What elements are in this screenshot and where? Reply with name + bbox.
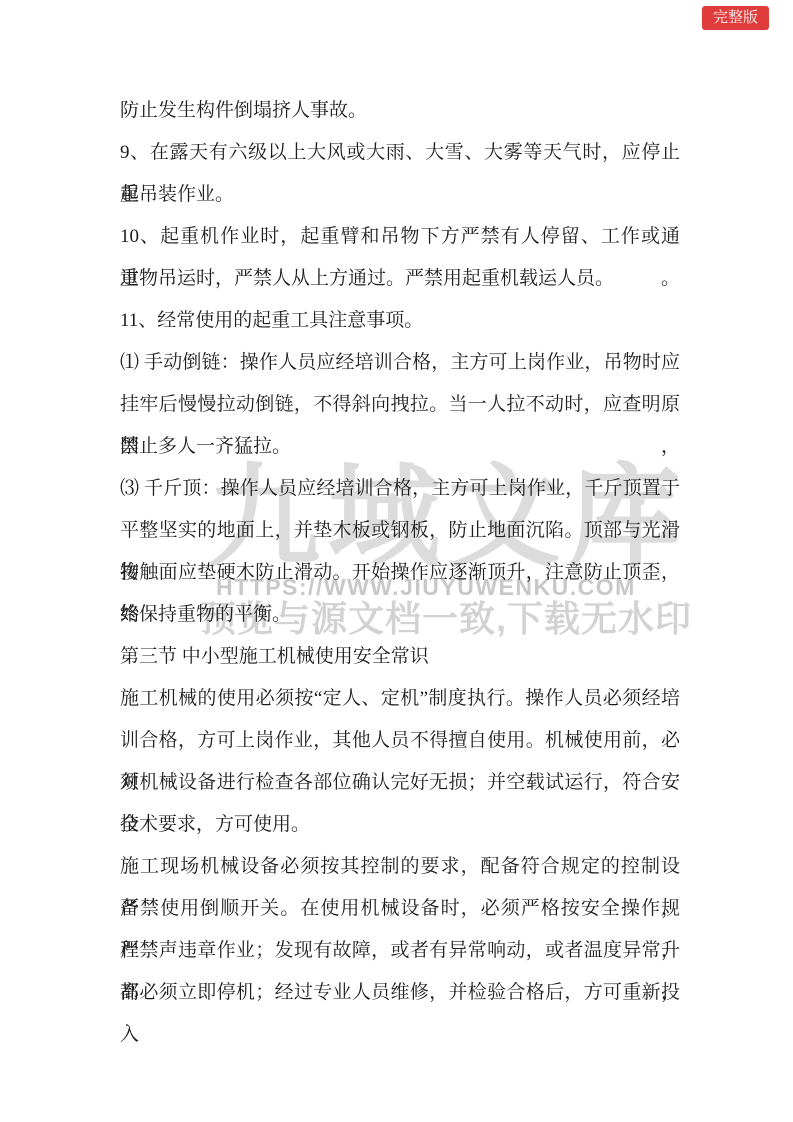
text-line: 严禁使用倒顺开关。在使用机械设备时，必须严格按安全操作规程，: [120, 888, 680, 930]
text-line: 10、起重机作业时，起重臂和吊物下方严禁有人停留、工作或通过。: [120, 216, 680, 258]
text-line: 重吊装作业。: [120, 174, 680, 216]
text-line: 施工机械的使用必须按“定人、定机”制度执行。操作人员必须经培: [120, 678, 680, 720]
full-version-badge[interactable]: 完整版: [702, 6, 769, 30]
document-page: 完整版 九域文库 HTTPS://WWW.JIUYUWENKU.COM 预览与源…: [0, 0, 793, 1122]
text-line: ⑴ 手动倒链：操作人员应经培训合格，主方可上岗作业，吊物时应: [120, 342, 680, 384]
text-line: 训合格，方可上岗作业，其他人员不得擅自使用。机械使用前，必须: [120, 720, 680, 762]
text-line: 挂牢后慢慢拉动倒链，不得斜向拽拉。当一人拉不动时，应查明原因，: [120, 384, 680, 426]
text-line: 对机械设备进行检查各部位确认完好无损；并空载试运行，符合安全: [120, 762, 680, 804]
text-line: 第三节 中小型施工机械使用安全常识: [120, 636, 680, 678]
text-line: 11、经常使用的起重工具注意事项。: [120, 300, 680, 342]
text-line: 平整坚实的地面上，并垫木板或钢板，防止地面沉陷。顶部与光滑物: [120, 510, 680, 552]
text-line: 都必须立即停机；经过专业人员维修，并检验合格后，方可重新投入: [120, 972, 680, 1014]
text-line: 接触面应垫硬木防止滑动。开始操作应逐渐顶升，注意防止顶歪，始: [120, 552, 680, 594]
text-line: 重物吊运时，严禁人从上方通过。严禁用起重机载运人员。: [120, 258, 680, 300]
text-line: 技术要求，方可使用。: [120, 804, 680, 846]
text-line: 防止发生构件倒塌挤人事故。: [120, 90, 680, 132]
text-line: 终保持重物的平衡。: [120, 594, 680, 636]
text-line: ⑶ 千斤顶：操作人员应经培训合格，主方可上岗作业，千斤顶置于: [120, 468, 680, 510]
text-line: 施工现场机械设备必须按其控制的要求，配备符合规定的控制设备，: [120, 846, 680, 888]
text-line: 9、在露天有六级以上大风或大雨、大雪、大雾等天气时，应停止起: [120, 132, 680, 174]
document-body: 防止发生构件倒塌挤人事故。9、在露天有六级以上大风或大雨、大雪、大雾等天气时，应…: [120, 90, 680, 1014]
text-line: 严禁声违章作业；发现有故障，或者有异常响动，或者温度异常升高，: [120, 930, 680, 972]
